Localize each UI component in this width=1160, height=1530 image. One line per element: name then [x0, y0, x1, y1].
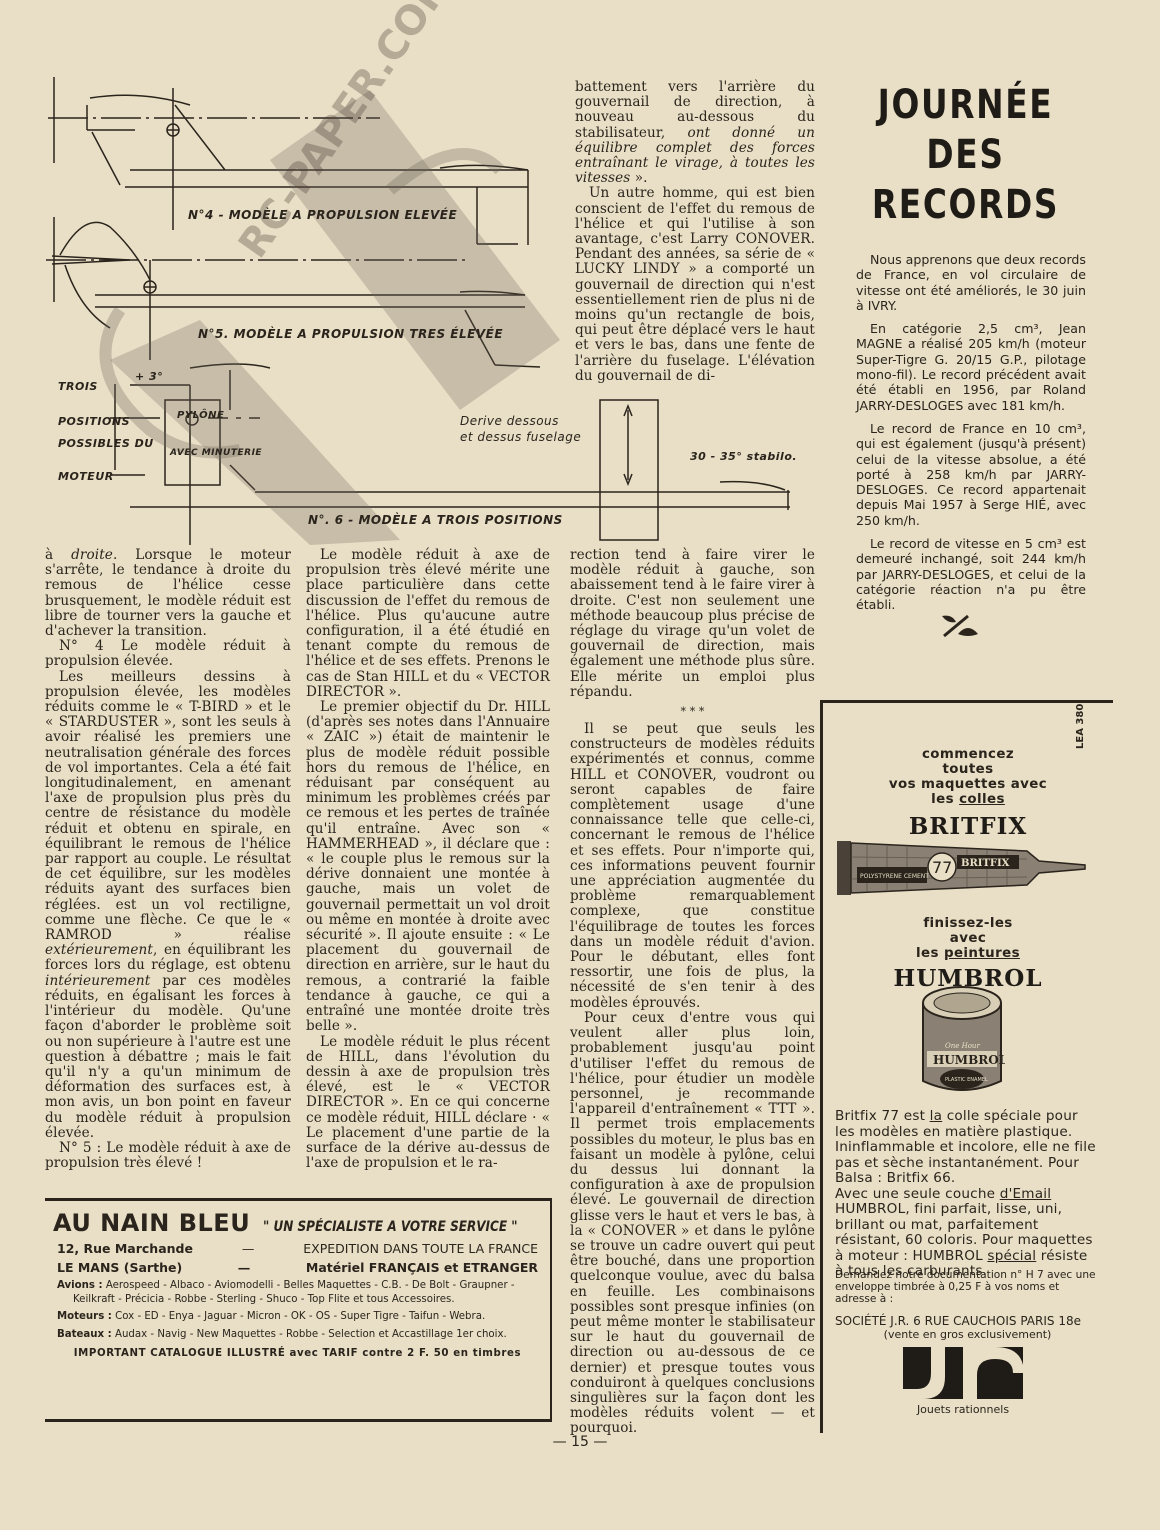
paragraph: à droite. Lorsque le moteur s'arrête, le… — [45, 548, 291, 639]
britfix-brand: BRITFIX — [823, 813, 1113, 840]
moteurs-label: Moteurs : — [57, 1311, 112, 1322]
bateaux-list: Audax - Navig - New Maquettes - Robbe - … — [115, 1329, 507, 1340]
paragraph: rection tend à faire virer le modèle réd… — [570, 548, 815, 700]
records-paragraph: En catégorie 2,5 cm³, Jean MAGNE a réali… — [856, 321, 1086, 413]
svg-text:BRITFIX: BRITFIX — [961, 858, 1010, 869]
pylone-label: PYLÔNE — [177, 410, 224, 421]
dash: — — [242, 1241, 255, 1257]
side-label-4: MOTEUR — [58, 470, 114, 483]
dash: — — [238, 1260, 251, 1276]
paragraph: battement vers l'arrière du gouvernail d… — [575, 80, 815, 186]
ad-britfix-humbrol: commencez toutes vos maquettes avec les … — [820, 700, 1113, 1433]
paragraph: Un autre homme, qui est bien conscient d… — [575, 186, 815, 384]
avions-label: Avions : — [57, 1280, 103, 1291]
paragraph: Le premier objectif du Dr. HILL (d'après… — [306, 700, 550, 1034]
stabilo-label: 30 - 35° stabilo. — [690, 450, 797, 463]
ad-au-nain-bleu: AU NAIN BLEU " UN SPÉCIALISTE A VOTRE SE… — [45, 1198, 552, 1422]
article-column-1: à droite. Lorsque le moteur s'arrête, le… — [45, 548, 291, 1171]
records-paragraph: Nous apprenons que deux records de Franc… — [856, 252, 1086, 313]
ad-line: vos maquettes avec — [823, 777, 1113, 792]
logo-caption: Jouets rationnels — [883, 1403, 1043, 1416]
records-section: JOURNÉE DES RECORDS Nous apprenons que d… — [838, 80, 1093, 621]
ad-documentation-note: Demandez notre documentation n° H 7 avec… — [835, 1269, 1100, 1306]
paragraph: N° 4 Le modèle réduit à propulsion élevé… — [45, 639, 291, 669]
figure6-caption: N°. 6 - MODÈLE A TROIS POSITIONS — [308, 513, 563, 527]
ad-slogan: " UN SPÉCIALISTE A VOTRE SERVICE " — [263, 1219, 518, 1235]
ad-line: toutes — [823, 762, 1113, 777]
minuterie-label: AVEC MINUTERIE — [170, 448, 262, 458]
paragraph: Le modèle réduit à axe de propulsion trè… — [306, 548, 550, 700]
article-column-3: rection tend à faire virer le modèle réd… — [570, 548, 815, 1437]
ad-body: Britfix 77 est la colle spéciale pour le… — [835, 1109, 1100, 1280]
derive-label-2: et dessus fuselage — [460, 430, 581, 444]
paragraph: N° 5 : Le modèle réduit à axe de propuls… — [45, 1141, 291, 1171]
side-label-3: POSSIBLES DU — [58, 437, 154, 450]
figure4-caption: N°4 - MODÈLE A PROPULSION ELEVÉE — [188, 208, 457, 222]
figure5-angle: + 3° — [135, 370, 163, 383]
section-separator: * * * — [570, 706, 815, 718]
records-title-1: JOURNÉE — [861, 80, 1070, 130]
ad-material: Matériel FRANÇAIS et ETRANGER — [306, 1260, 538, 1276]
ad-shipping: EXPEDITION DANS TOUTE LA FRANCE — [303, 1241, 538, 1257]
records-title-2: DES RECORDS — [861, 130, 1070, 230]
avions-list: Aerospeed - Albaco - Aviomodelli - Belle… — [73, 1280, 515, 1305]
svg-text:One Hour: One Hour — [945, 1042, 980, 1050]
britfix-tube-icon: POLYSTYRENE CEMENT 77 BRITFIX — [837, 837, 1087, 899]
ad-brand: AU NAIN BLEU — [53, 1209, 250, 1237]
side-label-1: TROIS — [58, 380, 98, 393]
ad-line: avec — [823, 931, 1113, 946]
article-column-3-top: battement vers l'arrière du gouvernail d… — [575, 80, 815, 384]
svg-text:PLASTIC ENAMEL: PLASTIC ENAMEL — [945, 1077, 988, 1083]
paragraph: Le modèle réduit le plus récent de HILL,… — [306, 1035, 550, 1172]
paragraph: Les meilleurs dessins à propulsion élevé… — [45, 670, 291, 1141]
records-paragraph: Le record de vitesse en 5 cm³ est demeur… — [856, 536, 1086, 612]
side-label-2: POSITIONS — [58, 415, 130, 428]
paragraph: Pour ceux d'entre vous qui veulent aller… — [570, 1011, 815, 1437]
ad-line: commencez — [823, 747, 1113, 762]
ad-line: les colles — [823, 792, 1113, 807]
svg-text:HUMBROL: HUMBROL — [933, 1053, 1005, 1067]
svg-text:POLYSTYRENE CEMENT: POLYSTYRENE CEMENT — [860, 873, 929, 880]
leaf-ornament-icon — [938, 612, 982, 640]
ad-line: finissez-les — [823, 916, 1113, 931]
records-paragraph: Le record de France en 10 cm³, qui est é… — [856, 421, 1086, 528]
ad-company-note: (vente en gros exclusivement) — [835, 1329, 1100, 1341]
ad-city: LE MANS (Sarthe) — [57, 1260, 182, 1276]
figure5-caption: N°5. MODÈLE A PROPULSION TRES ÉLEVÉE — [198, 327, 503, 341]
ad-line: les peintures — [823, 946, 1113, 961]
svg-text:77: 77 — [932, 858, 952, 877]
ad-company: SOCIÉTÉ J.R. 6 RUE CAUCHOIS PARIS 18e — [835, 1315, 1103, 1327]
page-number: — 15 — — [0, 1434, 1160, 1450]
moteurs-list: Cox - ED - Enya - Jaguar - Micron - OK -… — [115, 1311, 485, 1322]
ad-address: 12, Rue Marchande — [57, 1241, 193, 1257]
ad-code: LEA 380 — [1075, 704, 1086, 749]
derive-label-1: Derive dessous — [460, 414, 559, 428]
humbrol-paint-can-icon: HUMBROL One Hour PLASTIC ENAMEL — [919, 981, 1005, 1101]
ad-catalogue: IMPORTANT CATALOGUE ILLUSTRÉ avec TARIF … — [53, 1347, 542, 1361]
paragraph: Il se peut que seuls les constructeurs d… — [570, 722, 815, 1011]
bateaux-label: Bateaux : — [57, 1329, 112, 1340]
article-column-2: Le modèle réduit à axe de propulsion trè… — [306, 548, 550, 1171]
